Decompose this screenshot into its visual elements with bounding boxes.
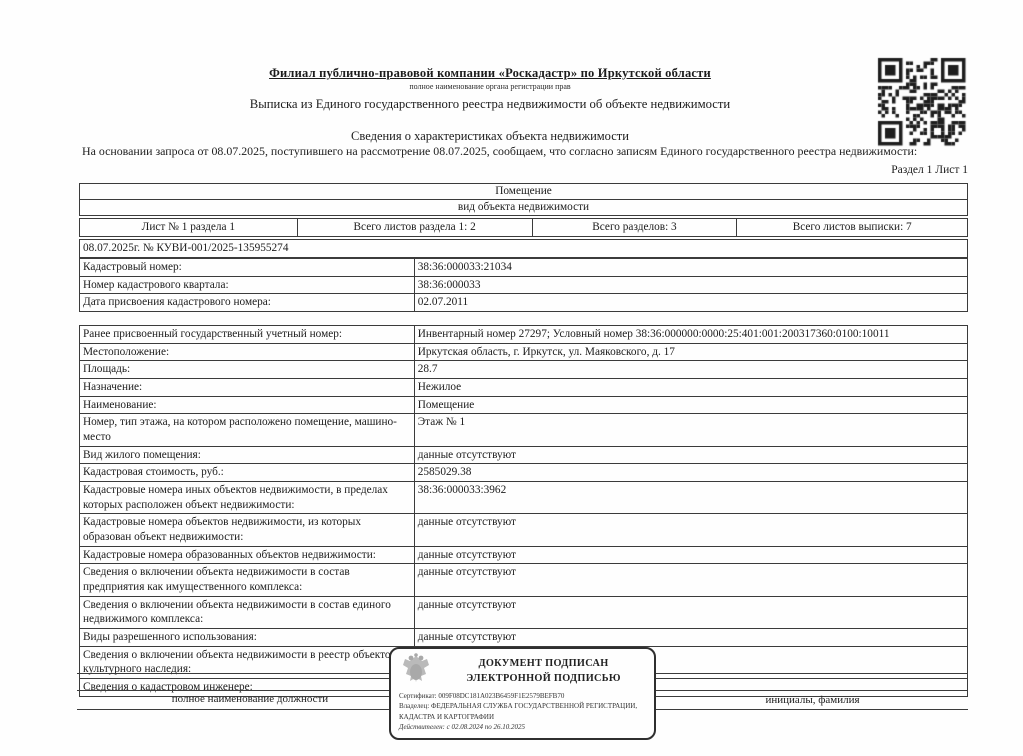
row-value: 38:36:000033:3962 bbox=[414, 482, 967, 514]
row-value: Инвентарный номер 27297; Условный номер … bbox=[414, 326, 967, 344]
stamp-validity: Действителен: с 02.08.2024 по 26.10.2025 bbox=[399, 722, 648, 733]
row-value: 28.7 bbox=[414, 361, 967, 379]
row-label: Номер кадастрового квартала: bbox=[80, 276, 415, 294]
qr-code-icon bbox=[876, 55, 968, 149]
position-caption: полное наименование должности bbox=[77, 693, 423, 705]
table-row: 08.07.2025г. № КУВИ-001/2025-135955274 bbox=[80, 240, 968, 258]
extract-sheets-cell: Всего листов выписки: 7 bbox=[737, 219, 968, 237]
sheet-number-cell: Лист № 1 раздела 1 bbox=[80, 219, 298, 237]
stamp-title-line1: ДОКУМЕНТ ПОДПИСАН bbox=[439, 657, 648, 672]
table-row: Номер, тип этажа, на котором расположено… bbox=[80, 414, 968, 446]
row-label: Площадь: bbox=[80, 361, 415, 379]
table-row: Дата присвоения кадастрового номера: 02.… bbox=[80, 294, 968, 312]
row-label: Дата присвоения кадастрового номера: bbox=[80, 294, 415, 312]
row-value: 2585029.38 bbox=[414, 464, 967, 482]
row-value: 02.07.2011 bbox=[414, 294, 967, 312]
org-name: Филиал публично-правовой компании «Роска… bbox=[60, 66, 920, 81]
egrn-extract-page: Филиал публично-правовой компании «Роска… bbox=[0, 0, 1023, 756]
sections-total-cell: Всего разделов: 3 bbox=[532, 219, 737, 237]
coat-of-arms-icon bbox=[401, 652, 431, 686]
row-label: Местоположение: bbox=[80, 343, 415, 361]
table-row: Кадастровый номер: 38:36:000033:21034 bbox=[80, 259, 968, 277]
row-label: Наименование: bbox=[80, 396, 415, 414]
row-label: Номер, тип этажа, на котором расположено… bbox=[80, 414, 415, 446]
row-value: данные отсутствуют bbox=[414, 446, 967, 464]
table-row: Наименование: Помещение bbox=[80, 396, 968, 414]
row-label: Кадастровые номера иных объектов недвижи… bbox=[80, 482, 415, 514]
stamp-owner: Владелец: ФЕДЕРАЛЬНАЯ СЛУЖБА ГОСУДАРСТВЕ… bbox=[399, 701, 648, 722]
table-row: Сведения о включении объекта недвижимост… bbox=[80, 596, 968, 628]
row-label: Назначение: bbox=[80, 379, 415, 397]
row-value: данные отсутствуют bbox=[414, 546, 967, 564]
org-name-caption: полное наименование органа регистрации п… bbox=[60, 82, 920, 91]
table-row: вид объекта недвижимости bbox=[80, 200, 968, 216]
table-row: Кадастровая стоимость, руб.: 2585029.38 bbox=[80, 464, 968, 482]
table-row: Кадастровые номера иных объектов недвижи… bbox=[80, 482, 968, 514]
section-sheets-cell: Всего листов раздела 1: 2 bbox=[297, 219, 532, 237]
request-number: 08.07.2025г. № КУВИ-001/2025-135955274 bbox=[80, 240, 968, 258]
object-type-value: Помещение bbox=[80, 184, 968, 200]
row-value: Нежилое bbox=[414, 379, 967, 397]
stamp-title-line2: ЭЛЕКТРОННОЙ ПОДПИСЬЮ bbox=[439, 672, 648, 687]
table-row: Номер кадастрового квартала: 38:36:00003… bbox=[80, 276, 968, 294]
row-value: 38:36:000033 bbox=[414, 276, 967, 294]
tables-area: Помещение вид объекта недвижимости Лист … bbox=[79, 183, 968, 697]
section-title: Сведения о характеристиках объекта недви… bbox=[60, 129, 920, 144]
table-row: Кадастровые номера объектов недвижимости… bbox=[80, 514, 968, 546]
table-row: Виды разрешенного использования: данные … bbox=[80, 629, 968, 647]
document-header: Филиал публично-правовой компании «Роска… bbox=[60, 66, 920, 112]
table-row: Вид жилого помещения: данные отсутствуют bbox=[80, 446, 968, 464]
characteristics-table: Ранее присвоенный государственный учетны… bbox=[79, 325, 968, 697]
row-label: Кадастровая стоимость, руб.: bbox=[80, 464, 415, 482]
table-row: Сведения о включении объекта недвижимост… bbox=[80, 564, 968, 596]
row-label: Кадастровые номера образованных объектов… bbox=[80, 546, 415, 564]
sheet-meta-table: Лист № 1 раздела 1 Всего листов раздела … bbox=[79, 218, 968, 237]
row-value: Иркутская область, г. Иркутск, ул. Маяко… bbox=[414, 343, 967, 361]
stamp-certificate: Сертификат: 009F08DC181A023B6459F1E2579B… bbox=[399, 691, 648, 702]
table-row: Площадь: 28.7 bbox=[80, 361, 968, 379]
row-label: Виды разрешенного использования: bbox=[80, 629, 415, 647]
table-row: Ранее присвоенный государственный учетны… bbox=[80, 326, 968, 344]
row-value: 38:36:000033:21034 bbox=[414, 259, 967, 277]
document-title: Выписка из Единого государственного реес… bbox=[60, 97, 920, 112]
cadastral-number-table: Кадастровый номер: 38:36:000033:21034 Но… bbox=[79, 258, 968, 312]
digital-signature-stamp: ДОКУМЕНТ ПОДПИСАН ЭЛЕКТРОННОЙ ПОДПИСЬЮ С… bbox=[389, 647, 656, 740]
object-type-caption: вид объекта недвижимости bbox=[80, 200, 968, 216]
table-row: Кадастровые номера образованных объектов… bbox=[80, 546, 968, 564]
row-value: данные отсутствуют bbox=[414, 629, 967, 647]
row-label: Сведения о включении объекта недвижимост… bbox=[80, 564, 415, 596]
row-label: Ранее присвоенный государственный учетны… bbox=[80, 326, 415, 344]
section-sheet-label: Раздел 1 Лист 1 bbox=[891, 164, 968, 176]
row-value: данные отсутствуют bbox=[414, 564, 967, 596]
row-value: Помещение bbox=[414, 396, 967, 414]
row-label: Сведения о включении объекта недвижимост… bbox=[80, 596, 415, 628]
request-number-table: 08.07.2025г. № КУВИ-001/2025-135955274 bbox=[79, 239, 968, 258]
table-row: Местоположение: Иркутская область, г. Ир… bbox=[80, 343, 968, 361]
row-label: Вид жилого помещения: bbox=[80, 446, 415, 464]
row-value: данные отсутствуют bbox=[414, 596, 967, 628]
table-row: Лист № 1 раздела 1 Всего листов раздела … bbox=[80, 219, 968, 237]
stamp-details: Сертификат: 009F08DC181A023B6459F1E2579B… bbox=[399, 691, 648, 733]
request-basis-line: На основании запроса от 08.07.2025, пост… bbox=[82, 144, 927, 159]
row-label: Кадастровый номер: bbox=[80, 259, 415, 277]
table-row: Назначение: Нежилое bbox=[80, 379, 968, 397]
row-value: Этаж № 1 bbox=[414, 414, 967, 446]
object-type-table: Помещение вид объекта недвижимости bbox=[79, 183, 968, 216]
row-label: Кадастровые номера объектов недвижимости… bbox=[80, 514, 415, 546]
table-row: Помещение bbox=[80, 184, 968, 200]
name-caption: инициалы, фамилия bbox=[657, 694, 968, 706]
row-value: данные отсутствуют bbox=[414, 514, 967, 546]
